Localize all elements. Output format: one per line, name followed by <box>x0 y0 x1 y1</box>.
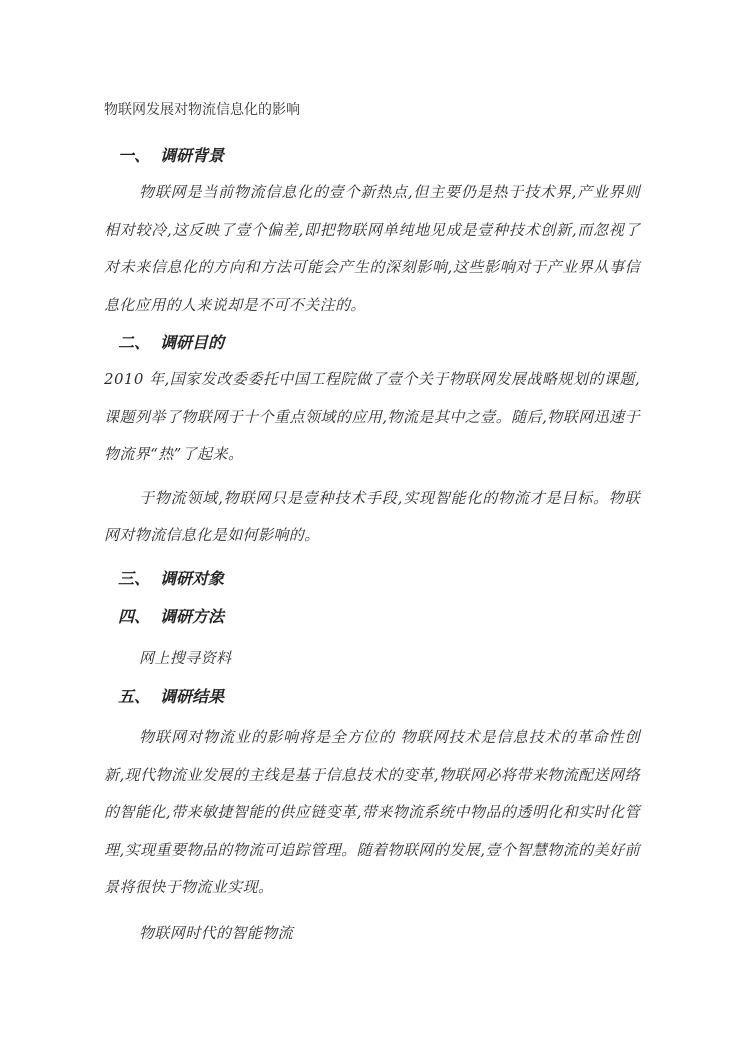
paragraph-background-text: 物联网是当前物流信息化的壹个新热点,但主要仍是热于技术界,产业界则相对较冷,这反… <box>104 174 640 324</box>
heading-number: 一、 <box>118 144 150 168</box>
section-heading-purpose: 二、 调研目的 <box>118 331 640 355</box>
section-heading-methods: 四、 调研方法 <box>118 605 640 629</box>
heading-number: 二、 <box>118 331 150 355</box>
section-heading-background: 一、 调研背景 <box>118 144 640 168</box>
heading-label: 调研背景 <box>160 144 224 168</box>
heading-label: 调研对象 <box>160 567 224 591</box>
heading-number: 三、 <box>118 567 150 591</box>
heading-label: 调研结果 <box>160 685 224 709</box>
paragraph-methods-text: 网上搜寻资料 <box>104 640 640 678</box>
section-heading-subjects: 三、 调研对象 <box>118 567 640 591</box>
paragraph-purpose-text-2: 于物流领域,物联网只是壹种技术手段,实现智能化的物流才是目标。物联网对物流信息化… <box>104 480 640 555</box>
paragraph-results-text: 物联网对物流业的影响将是全方位的 物联网技术是信息技术的革命性创新,现代物流业发… <box>104 719 640 907</box>
section-heading-results: 五、 调研结果 <box>118 685 640 709</box>
paragraph-purpose-text-1: 2010 年,国家发改委委托中国工程院做了壹个关于物联网发展战略规划的课题,课题… <box>104 361 640 474</box>
heading-number: 五、 <box>118 685 150 709</box>
heading-number: 四、 <box>118 605 150 629</box>
heading-label: 调研目的 <box>160 331 224 355</box>
paragraph-smart-logistics-text: 物联网时代的智能物流 <box>104 915 640 953</box>
heading-label: 调研方法 <box>160 605 224 629</box>
document-page: 物联网发展对物流信息化的影响 一、 调研背景 物联网是当前物流信息化的壹个新热点… <box>0 0 744 1052</box>
document-title: 物联网发展对物流信息化的影响 <box>104 100 640 120</box>
